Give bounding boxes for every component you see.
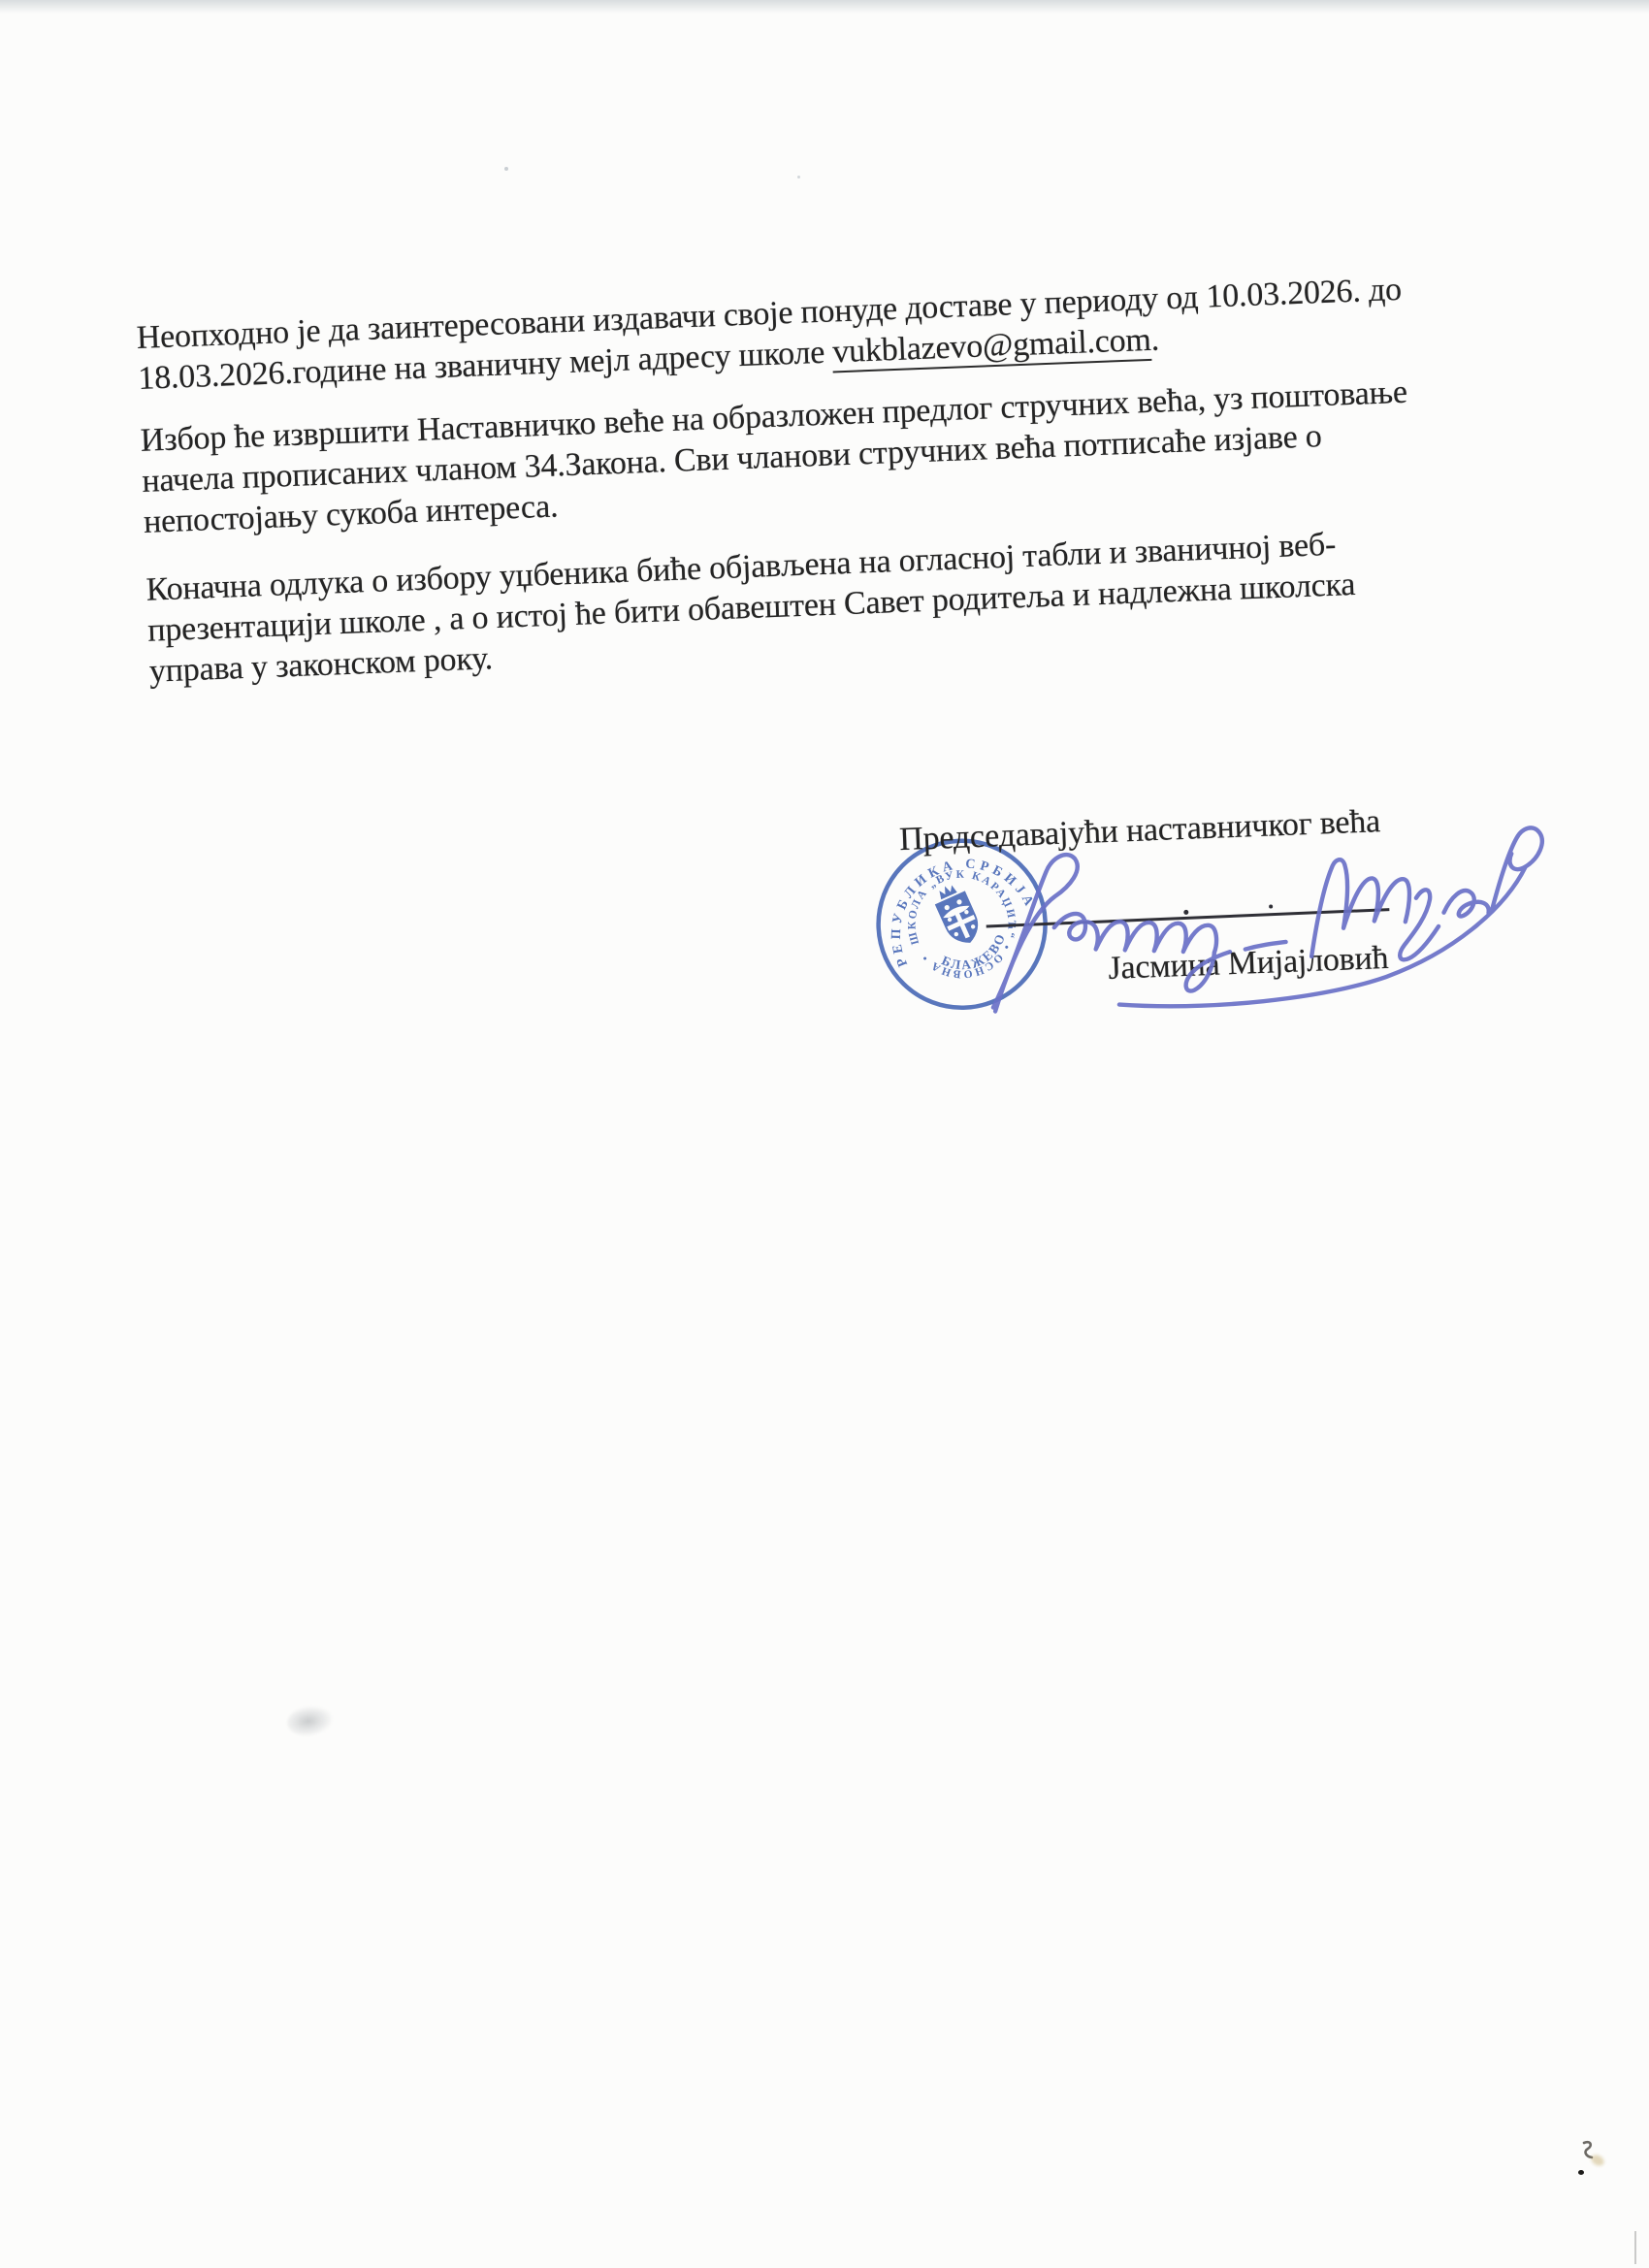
signature-stroke-first-name	[1053, 908, 1216, 958]
paragraph-selection-procedure: Избор ће извршити Наставничко веће на об…	[140, 366, 1579, 543]
paragraph-final-decision: Коначна одлука о избору уџбеника биће об…	[145, 515, 1585, 693]
signature-stroke-first-name-tail	[1184, 942, 1287, 991]
scan-smudge-beige	[1589, 2153, 1605, 2168]
signature-strokes	[952, 817, 1560, 1034]
scan-edge-line	[1634, 2231, 1636, 2264]
sentence-period: .	[1150, 322, 1160, 358]
document-body: Неопходно је да заинтересовани издавачи …	[136, 263, 1600, 1113]
scan-speck	[797, 176, 800, 178]
scanner-edge-shadow	[0, 0, 1649, 14]
scan-smudge	[285, 1702, 336, 1739]
signature-stroke-last-name-m	[1308, 857, 1411, 956]
handwritten-signature	[952, 817, 1560, 1034]
scan-ink-dot	[1578, 2170, 1584, 2175]
school-email-link: vukblazevo@gmail.com	[832, 322, 1152, 373]
scanned-document-page: { "document": { "p1": { "l1": "Неопходно…	[0, 0, 1649, 2268]
scan-speck	[504, 167, 508, 171]
signature-stroke-flourish	[1114, 827, 1548, 1009]
